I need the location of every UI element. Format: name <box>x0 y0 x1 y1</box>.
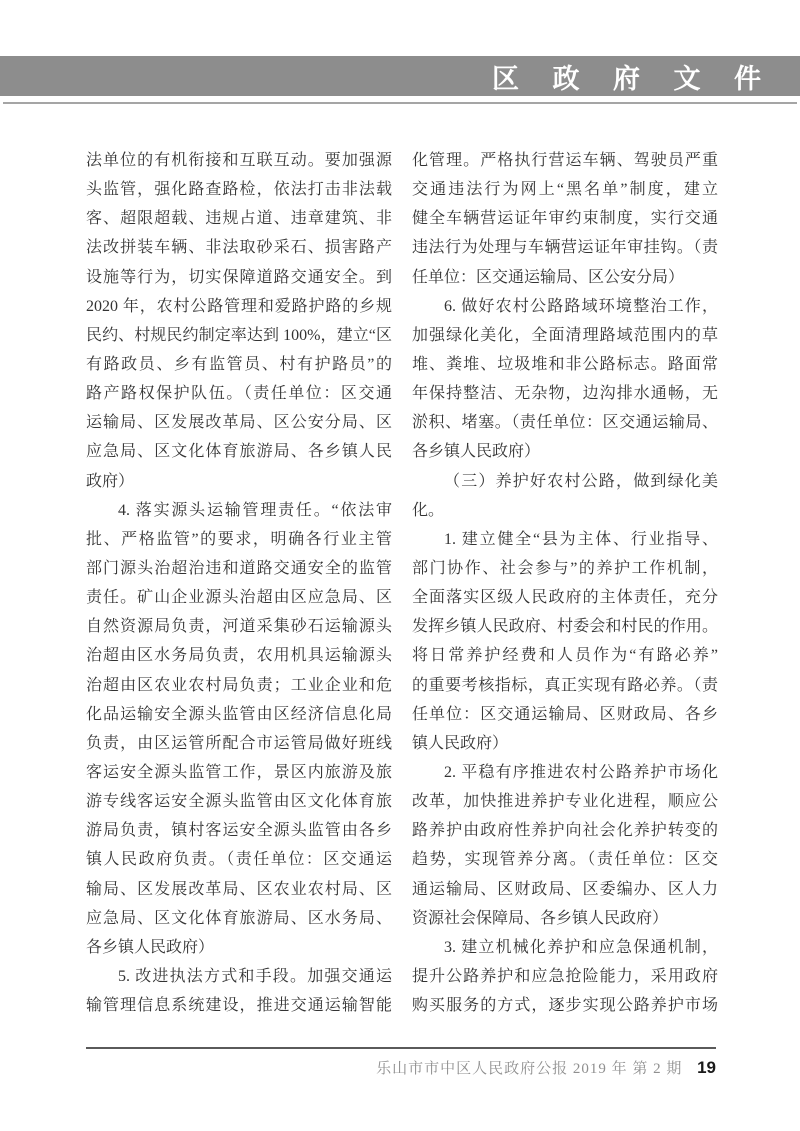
text-line: 各乡镇人民政府） <box>412 437 718 466</box>
text-line: 批、严格监管”的要求，明确各行业主管 <box>86 525 392 554</box>
text-line: 年保持整洁、无杂物，边沟排水通畅，无 <box>412 379 718 408</box>
text-line: 趋势，实现管养分离。（责任单位：区交 <box>412 845 718 874</box>
section-banner-title: 区 政 府 文 件 <box>492 57 774 96</box>
text-line: 改革，加快推进养护专业化进程，顺应公 <box>412 787 718 816</box>
text-line: 5. 改进执法方式和手段。加强交通运 <box>86 962 392 991</box>
text-line: 全面落实区级人民政府的主体责任，充分 <box>412 583 718 612</box>
text-line: 淤积、堵塞。（责任单位：区交通运输局、 <box>412 408 718 437</box>
text-line: 将日常养护经费和人员作为“有路必养” <box>412 641 718 670</box>
text-line: 游专线客运安全源头监管由区文化体育旅 <box>86 787 392 816</box>
text-line: 责任。矿山企业源头治超由区应急局、区 <box>86 583 392 612</box>
text-line: 客运安全源头监管工作，景区内旅游及旅 <box>86 758 392 787</box>
gazette-title: 乐山市市中区人民政府公报 2019 年 第 2 期 <box>376 1061 682 1077</box>
text-line: 2020 年，农村公路管理和爱路护路的乡规 <box>86 292 392 321</box>
text-line: 自然资源局负责，河道采集砂石运输源头 <box>86 612 392 641</box>
text-line: 路产路权保护队伍。（责任单位：区交通 <box>86 379 392 408</box>
text-line: 输局、区发展改革局、区农业农村局、区 <box>86 875 392 904</box>
text-line: 违法行为处理与车辆营运证年审挂钩。（责 <box>412 233 718 262</box>
text-column-right: 化管理。严格执行营运车辆、驾驶员严重交通违法行为网上“黑名单”制度，建立健全车辆… <box>412 146 718 1020</box>
text-line: 设施等行为，切实保障道路交通安全。到 <box>86 263 392 292</box>
text-line: 6. 做好农村公路路域环境整治工作， <box>412 292 718 321</box>
text-line: 健全车辆营运证年审约束制度，实行交通 <box>412 204 718 233</box>
text-line: 路养护由政府性养护向社会化养护转变的 <box>412 816 718 845</box>
page-number: 19 <box>697 1058 716 1077</box>
text-line: 化。 <box>412 496 718 525</box>
text-line: 购买服务的方式，逐步实现公路养护市场 <box>412 991 718 1020</box>
text-line: 2. 平稳有序推进农村公路养护市场化 <box>412 758 718 787</box>
text-line: 治超由区水务局负责，农用机具运输源头 <box>86 641 392 670</box>
text-line: 化管理。严格执行营运车辆、驾驶员严重 <box>412 146 718 175</box>
text-line: 民约、村规民约制定率达到 100%，建立“区 <box>86 321 392 350</box>
text-line: 镇人民政府负责。（责任单位：区交通运 <box>86 845 392 874</box>
footer: 乐山市市中区人民政府公报 2019 年 第 2 期 19 <box>86 1057 716 1080</box>
text-line: 化品运输安全源头监管由区经济信息化局 <box>86 700 392 729</box>
text-line: 法改拼装车辆、非法取砂采石、损害路产 <box>86 233 392 262</box>
text-line: 输管理信息系统建设，推进交通运输智能 <box>86 991 392 1020</box>
text-line: 运输局、区发展改革局、区公安分局、区 <box>86 408 392 437</box>
text-line: 部门源头治超治违和道路交通安全的监管 <box>86 554 392 583</box>
text-line: 加强绿化美化，全面清理路域范围内的草 <box>412 321 718 350</box>
text-line: 任单位：区交通运输局、区公安分局） <box>412 263 718 292</box>
text-line: 3. 建立机械化养护和应急保通机制， <box>412 933 718 962</box>
text-line: 交通违法行为网上“黑名单”制度，建立 <box>412 175 718 204</box>
text-line: 治超由区农业农村局负责；工业企业和危 <box>86 671 392 700</box>
text-line: 发挥乡镇人民政府、村委会和村民的作用。 <box>412 612 718 641</box>
text-line: 4. 落实源头运输管理责任。“依法审 <box>86 496 392 525</box>
text-line: 镇人民政府） <box>412 729 718 758</box>
text-line: 任单位：区交通运输局、区财政局、各乡 <box>412 700 718 729</box>
text-line: 应急局、区文化体育旅游局、各乡镇人民 <box>86 437 392 466</box>
text-line: 资源社会保障局、各乡镇人民政府） <box>412 904 718 933</box>
header-divider <box>3 102 797 104</box>
text-line: 通运输局、区财政局、区委编办、区人力 <box>412 875 718 904</box>
text-line: 头监管，强化路查路检，依法打击非法载 <box>86 175 392 204</box>
text-line: （三）养护好农村公路，做到绿化美 <box>412 467 718 496</box>
footer-divider <box>86 1047 716 1049</box>
text-line: 部门协作、社会参与”的养护工作机制， <box>412 554 718 583</box>
text-line: 法单位的有机衔接和互联互动。要加强源 <box>86 146 392 175</box>
text-line: 1. 建立健全“县为主体、行业指导、 <box>412 525 718 554</box>
text-line: 有路政员、乡有监管员、村有护路员”的 <box>86 350 392 379</box>
text-line: 堆、粪堆、垃圾堆和非公路标志。路面常 <box>412 350 718 379</box>
text-line: 游局负责，镇村客运安全源头监管由各乡 <box>86 816 392 845</box>
text-line: 应急局、区文化体育旅游局、区水务局、 <box>86 904 392 933</box>
section-banner: 区 政 府 文 件 <box>0 56 800 96</box>
text-line: 客、超限超载、违规占道、违章建筑、非 <box>86 204 392 233</box>
text-line: 政府） <box>86 467 392 496</box>
text-line: 的重要考核指标，真正实现有路必养。（责 <box>412 671 718 700</box>
text-line: 各乡镇人民政府） <box>86 933 392 962</box>
text-line: 负责，由区运管所配合市运管局做好班线 <box>86 729 392 758</box>
text-line: 提升公路养护和应急抢险能力，采用政府 <box>412 962 718 991</box>
gazette-page: 区 政 府 文 件 法单位的有机衔接和互联互动。要加强源头监管，强化路查路检，依… <box>0 0 800 1131</box>
text-column-left: 法单位的有机衔接和互联互动。要加强源头监管，强化路查路检，依法打击非法载客、超限… <box>86 146 392 1020</box>
